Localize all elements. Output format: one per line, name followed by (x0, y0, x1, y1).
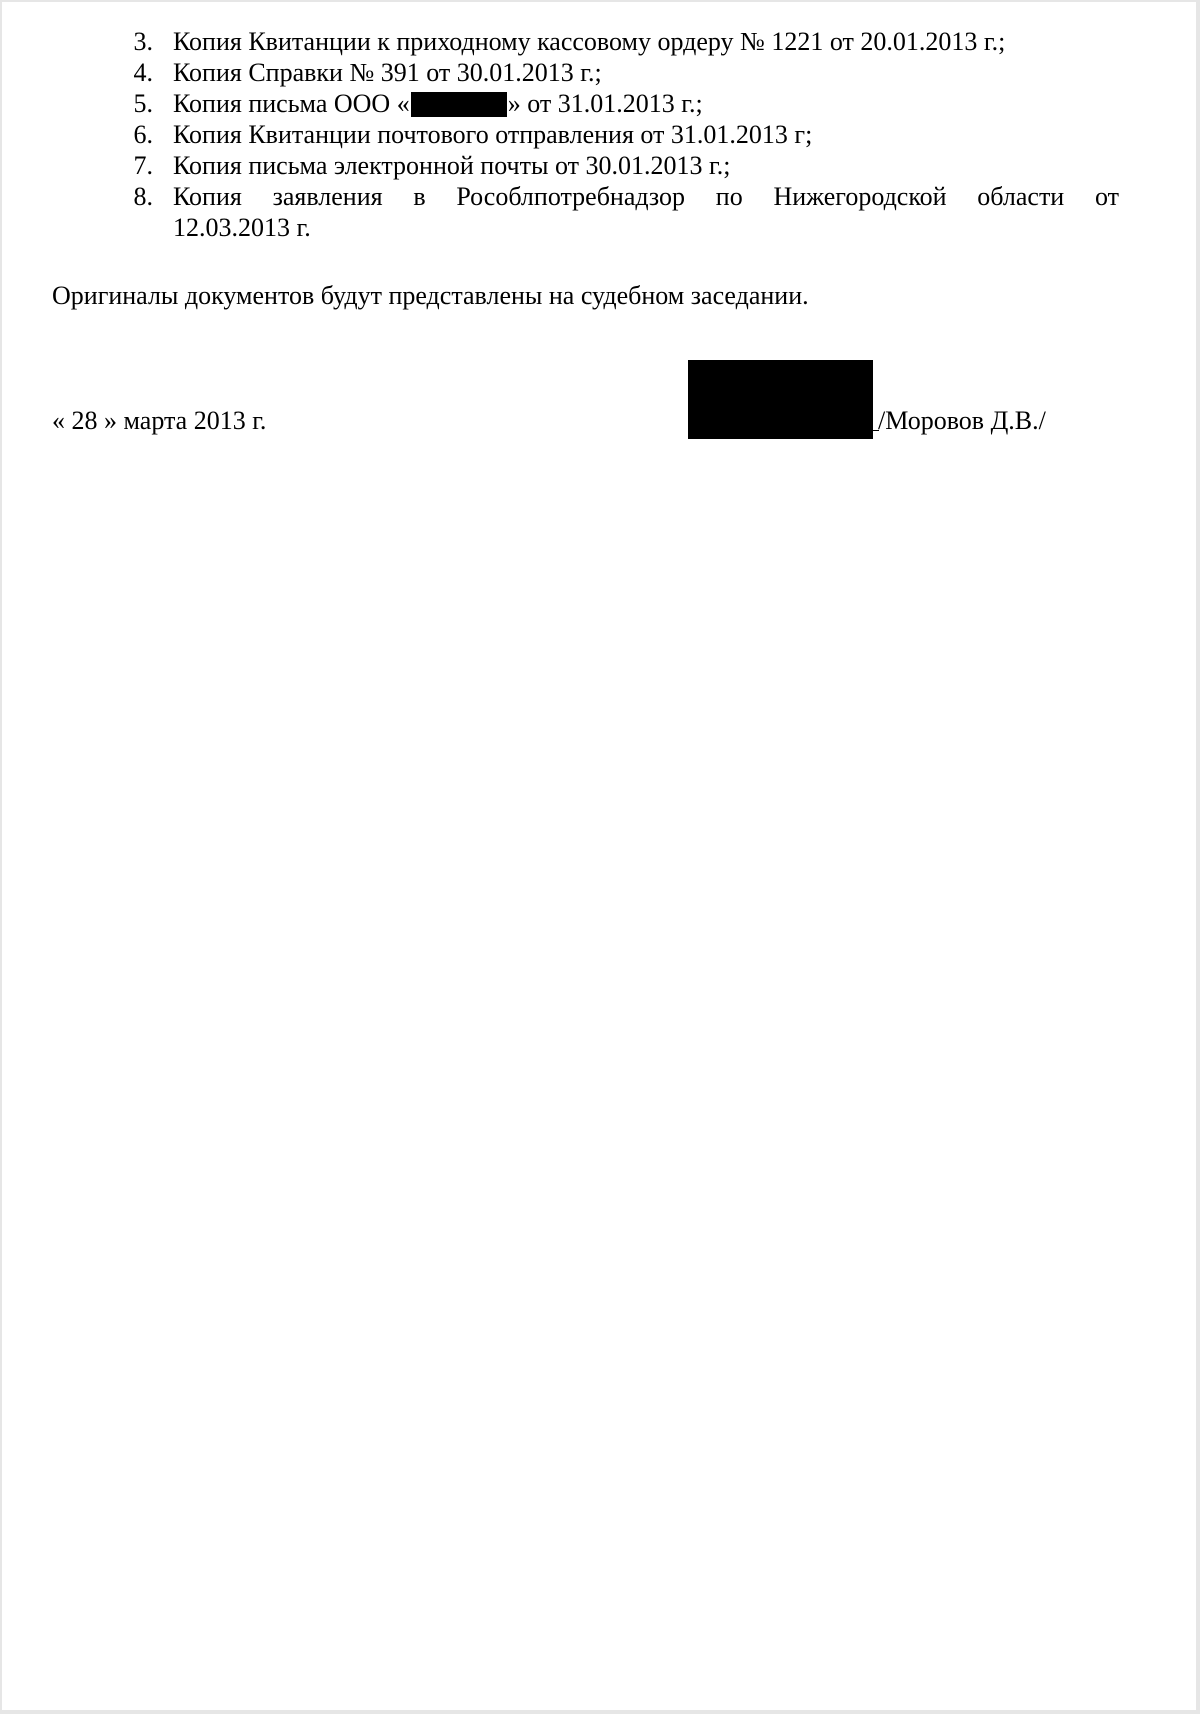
item-text: Копия Справки № 391 от 30.01.2013 г.; (173, 57, 602, 88)
company-name-redaction (411, 92, 507, 117)
list-item: 4. Копия Справки № 391 от 30.01.2013 г.; (2, 57, 1200, 88)
item-text-line2: 12.03.2013 г. (173, 213, 311, 242)
item-number: 7. (134, 150, 154, 181)
list-item: 6. Копия Квитанции почтового отправления… (2, 119, 1200, 150)
item-number: 8. (134, 181, 154, 212)
signatory-name: /Моровов Д.В./ (878, 405, 1046, 436)
list-item: 5. Копия письма ООО «» от 31.01.2013 г.; (2, 88, 1200, 119)
attachments-list: 3. Копия Квитанции к приходному кассовом… (2, 26, 1200, 243)
list-item: 7. Копия письма электронной почты от 30.… (2, 150, 1200, 181)
item-number: 3. (134, 26, 154, 57)
list-item: 3. Копия Квитанции к приходному кассовом… (2, 26, 1200, 57)
signature-redaction (688, 360, 873, 439)
item-number: 4. (134, 57, 154, 88)
item-text: Копия Квитанции к приходному кассовому о… (173, 26, 1005, 57)
document-date: « 28 » марта 2013 г. (52, 405, 266, 436)
originals-note: Оригиналы документов будут представлены … (52, 280, 809, 311)
item-text: Копия заявления в Рособлпотребнадзор по … (173, 181, 1119, 243)
item-number: 6. (134, 119, 154, 150)
item-text-after: » от 31.01.2013 г.; (508, 89, 703, 118)
item-text-before: Копия письма ООО « (173, 89, 410, 118)
item-text: Копия письма ООО «» от 31.01.2013 г.; (173, 88, 703, 119)
item-text: Копия Квитанции почтового отправления от… (173, 119, 812, 150)
list-item: 8. Копия заявления в Рособлпотребнадзор … (2, 181, 1200, 243)
item-text: Копия письма электронной почты от 30.01.… (173, 150, 730, 181)
item-number: 5. (134, 88, 154, 119)
document-page: 3. Копия Квитанции к приходному кассовом… (2, 2, 1196, 1710)
item-text-line1: Копия заявления в Рособлпотребнадзор по … (173, 181, 1119, 212)
